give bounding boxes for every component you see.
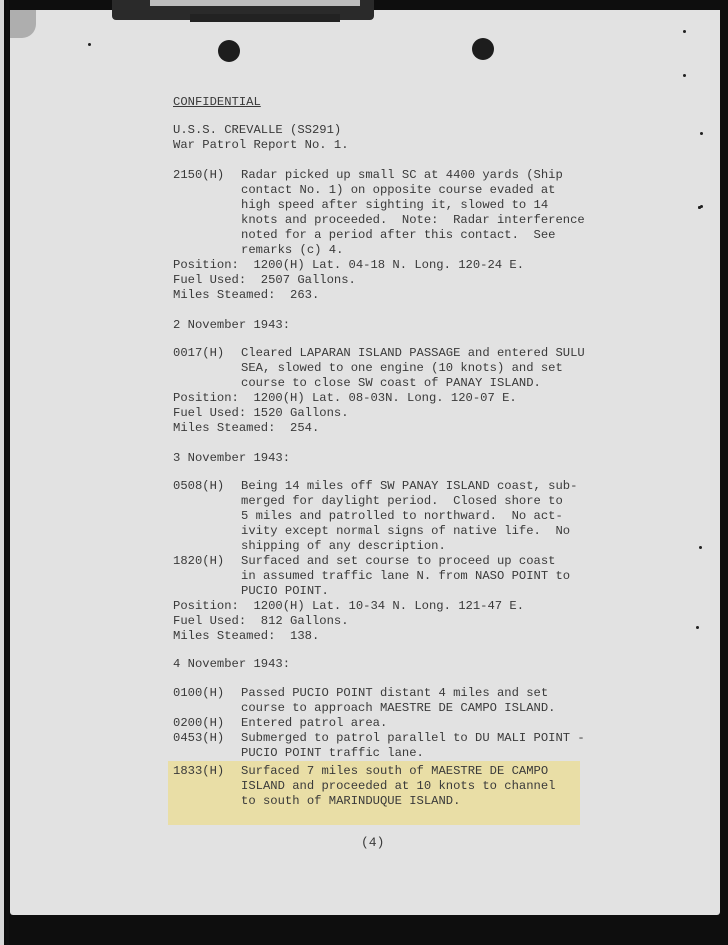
punch-hole-left	[218, 40, 240, 62]
fuel-line: Fuel Used: 812 Gallons.	[173, 614, 349, 629]
entry-line: course to close SW coast of PANAY ISLAND…	[241, 376, 541, 391]
entry-line: Passed PUCIO POINT distant 4 miles and s…	[241, 686, 548, 701]
vessel-name: U.S.S. CREVALLE (SS291)	[173, 123, 341, 138]
entry-line: noted for a period after this contact. S…	[241, 228, 556, 243]
entry-line: Being 14 miles off SW PANAY ISLAND coast…	[241, 479, 577, 494]
entry-line: 5 miles and patrolled to northward. No a…	[241, 509, 563, 524]
entry-line: PUCIO POINT.	[241, 584, 329, 599]
position-line: Position: 1200(H) Lat. 08-03N. Long. 120…	[173, 391, 517, 406]
scan-left-border	[6, 0, 9, 945]
entry-time: 1820(H)	[173, 554, 224, 569]
entry-line: SEA, slowed to one engine (10 knots) and…	[241, 361, 563, 376]
scan-speck	[696, 626, 699, 629]
binder-clip-label	[150, 0, 360, 6]
entry-time: 0453(H)	[173, 731, 224, 746]
entry-line: high speed after sighting it, slowed to …	[241, 198, 548, 213]
position-line: Position: 1200(H) Lat. 04-18 N. Long. 12…	[173, 258, 524, 273]
entry-line: Entered patrol area.	[241, 716, 387, 731]
report-title: War Patrol Report No. 1.	[173, 138, 349, 153]
entry-line: knots and proceeded. Note: Radar interfe…	[241, 213, 585, 228]
scan-left-edge	[0, 0, 4, 945]
page-number: (4)	[361, 835, 384, 850]
entry-line-highlighted: Surfaced 7 miles south of MAESTRE DE CAM…	[241, 764, 548, 779]
entry-line: ivity except normal signs of native life…	[241, 524, 570, 539]
entry-line: Cleared LAPARAN ISLAND PASSAGE and enter…	[241, 346, 585, 361]
entry-line-highlighted: to south of MARINDUQUE ISLAND.	[241, 794, 460, 809]
entry-line: PUCIO POINT traffic lane.	[241, 746, 424, 761]
entry-line: Radar picked up small SC at 4400 yards (…	[241, 168, 563, 183]
entry-line: remarks (c) 4.	[241, 243, 343, 258]
entry-time: 2150(H)	[173, 168, 224, 183]
scan-speck	[699, 546, 702, 549]
fuel-line: Fuel Used: 2507 Gallons.	[173, 273, 356, 288]
date-heading: 4 November 1943:	[173, 657, 290, 672]
entry-line: Submerged to patrol parallel to DU MALI …	[241, 731, 585, 746]
scan-speck	[698, 206, 701, 209]
miles-line: Miles Steamed: 263.	[173, 288, 319, 303]
scan-speck	[88, 43, 91, 46]
scan-speck	[683, 74, 686, 77]
entry-line: contact No. 1) on opposite course evaded…	[241, 183, 556, 198]
entry-line: shipping of any description.	[241, 539, 446, 554]
entry-time: 0017(H)	[173, 346, 224, 361]
punch-hole-right	[472, 38, 494, 60]
miles-line: Miles Steamed: 254.	[173, 421, 319, 436]
entry-line-highlighted: ISLAND and proceeded at 10 knots to chan…	[241, 779, 556, 794]
entry-line: course to approach MAESTRE DE CAMPO ISLA…	[241, 701, 556, 716]
entry-time-highlighted: 1833(H)	[173, 764, 224, 779]
classification-heading: CONFIDENTIAL	[173, 95, 261, 110]
fuel-line: Fuel Used: 1520 Gallons.	[173, 406, 349, 421]
entry-time: 0200(H)	[173, 716, 224, 731]
binder-clip-tab	[190, 14, 340, 22]
miles-line: Miles Steamed: 138.	[173, 629, 319, 644]
position-line: Position: 1200(H) Lat. 10-34 N. Long. 12…	[173, 599, 524, 614]
entry-line: Surfaced and set course to proceed up co…	[241, 554, 556, 569]
entry-time: 0508(H)	[173, 479, 224, 494]
entry-line: in assumed traffic lane N. from NASO POI…	[241, 569, 570, 584]
scan-speck	[700, 132, 703, 135]
scan-speck	[683, 30, 686, 33]
date-heading: 2 November 1943:	[173, 318, 290, 333]
entry-time: 0100(H)	[173, 686, 224, 701]
date-heading: 3 November 1943:	[173, 451, 290, 466]
entry-line: merged for daylight period. Closed shore…	[241, 494, 563, 509]
